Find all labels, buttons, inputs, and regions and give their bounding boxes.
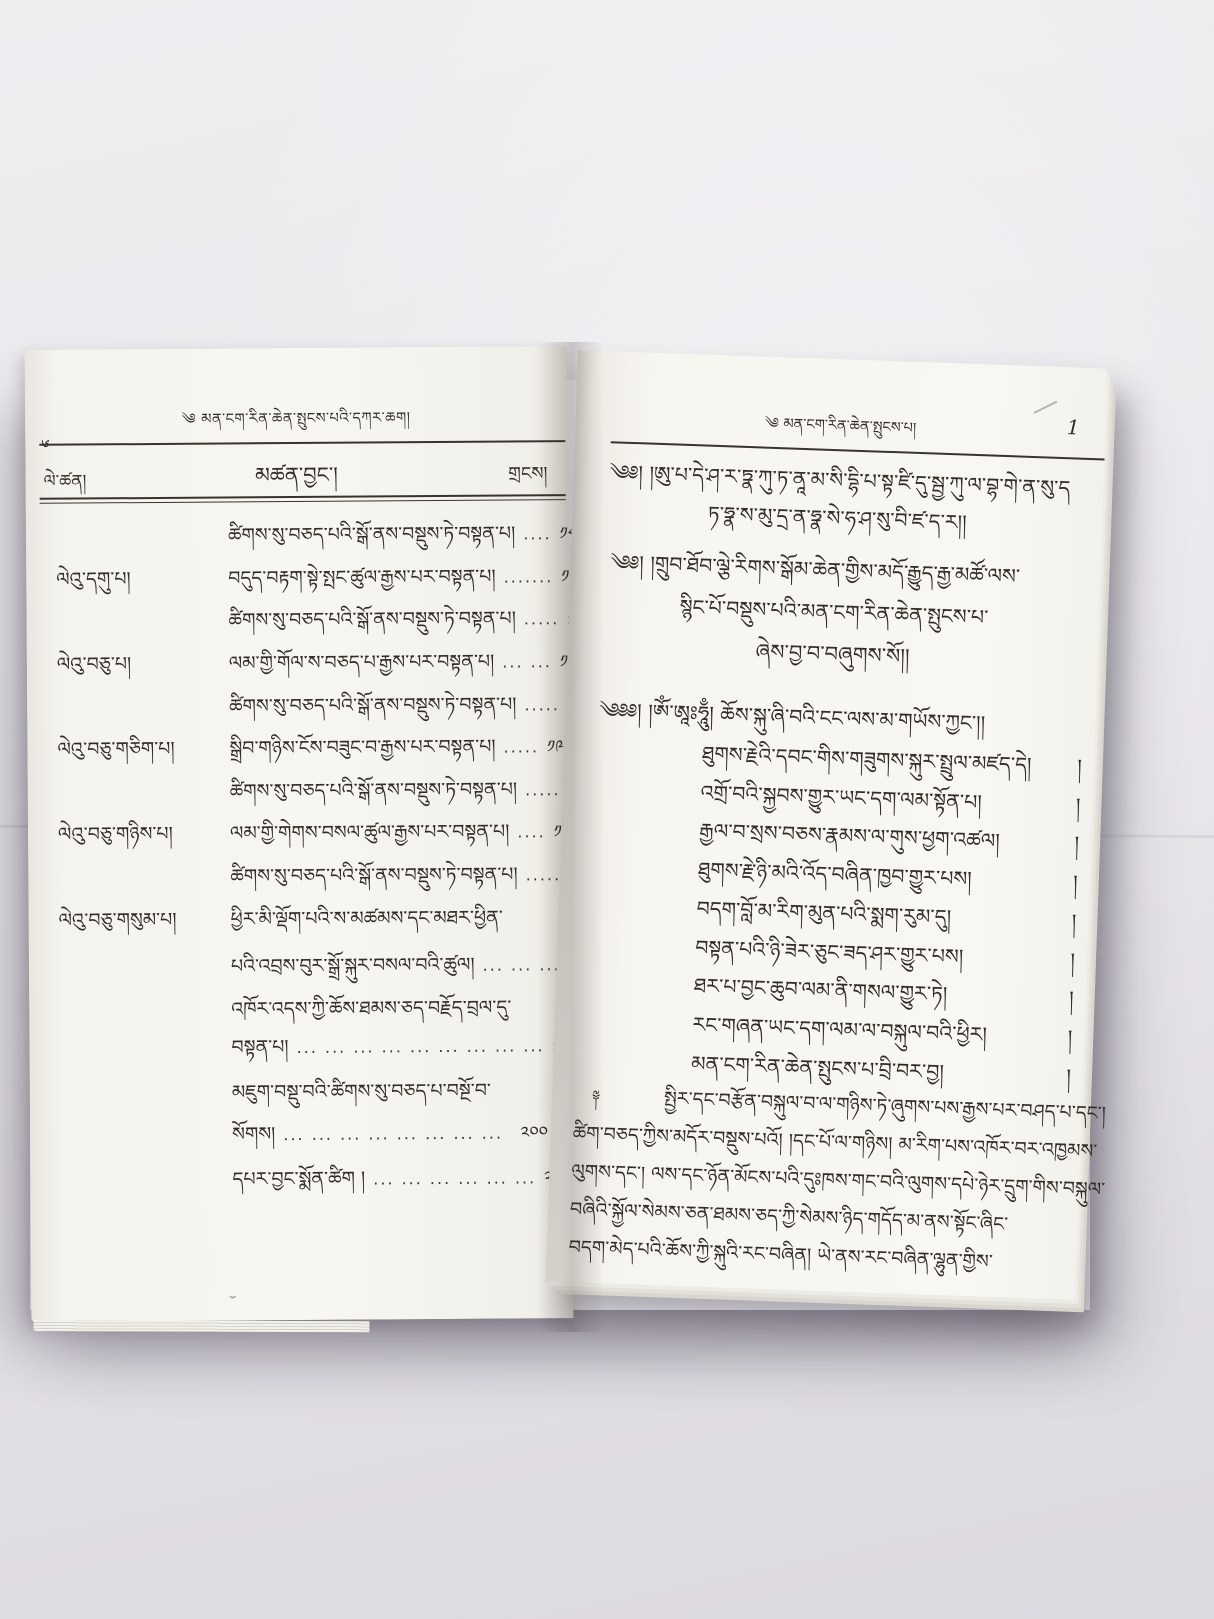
toc-row: སོགས།... ... ... ... ... ... ... ...༢༠༠: [60, 1110, 548, 1149]
toc-row: ལེའུ་བཅུ་གཉིས་པ།ལམ་གྱི་གེགས་བསལ་ཚུལ་རྒྱས…: [58, 809, 546, 848]
toc-chapter-label: [58, 797, 230, 798]
toc-chapter-label: [57, 712, 229, 713]
toc-entry-title: དཔར་བྱང་སྨོན་ཚིག །: [232, 1157, 365, 1212]
toc-chapter-label: [60, 1098, 232, 1099]
toc-row: མཇུག་བསྡུ་བའི་ཚིགས་སུ་བཅད་པ་བསྔོ་བ་: [60, 1068, 548, 1107]
toc-dot-leader: .......: [504, 567, 554, 586]
toc-row: ཚིགས་སུ་བཅད་པའི་སྒོ་ནས་བསྡུས་ཏེ་བསྟན་པ།.…: [57, 682, 545, 721]
prose-text: བདག་མེད་པའི་ཆོས་ཀྱི་སྐུའི་རང་བཞིན། ཡེ་ནས…: [568, 1236, 993, 1273]
toc-list: ཚིགས་སུ་བཅད་པའི་སྒོ་ནས་བསྡུས་ཏེ་བསྟན་པ།.…: [25, 346, 567, 350]
page-speck: [229, 1292, 236, 1298]
homage-verse: ཐུགས་རྗེའི་དབང་གིས་གཟུགས་སྐུར་སྤྲུལ་མཛད་…: [578, 350, 1108, 368]
toc-chapter-label: [56, 541, 228, 542]
toc-chapter-label: [60, 1140, 232, 1141]
toc-row: ལེའུ་བཅུ་གསུམ་པ།ཕྱིར་མི་ལྡོག་པའི་ས་མཚམས་…: [58, 895, 546, 934]
column-header-page: གྲངས།: [508, 454, 548, 504]
toc-chapter-label: [60, 1053, 232, 1054]
left-page: ༦ ༄ མན་ངག་རིན་ཆེན་སྤུངས་པའི་དཀར་ཆག། ལེ་ཚ…: [25, 346, 574, 1322]
toc-row: ལེའུ་བཅུ་གཅིག་པ།སྒྲིབ་གཉིས་ངོས་བཟུང་བ་རྒ…: [57, 724, 545, 763]
toc-dot-leader: ... ... ... ... ... ... ... ...: [283, 1124, 503, 1145]
toc-dot-leader: .....: [524, 695, 560, 714]
toc-chapter-label: [60, 1185, 232, 1186]
paper-scratch-mark: [1033, 401, 1057, 414]
toc-row: ཚིགས་སུ་བཅད་པའི་སྒོ་ནས་བསྡུས་ཏེ་བསྟན་པ།.…: [56, 596, 544, 635]
toc-row: འཁོར་འདས་ཀྱི་ཆོས་ཐམས་ཅད་བརྗོད་བྲལ་དུ་: [59, 985, 547, 1024]
toc-row: ཚིགས་སུ་བཅད་པའི་སྒོ་ནས་བསྡུས་ཏེ་བསྟན་པ།.…: [58, 767, 546, 806]
toc-dot-leader: ... ... ...: [483, 955, 561, 975]
toc-dot-leader: ... ... ... ... ... ...: [373, 1168, 536, 1188]
toc-dot-leader: ....: [517, 822, 545, 841]
right-page: ༄ མན་ངག་རིན་ཆེན་སྤུངས་པ། 1 ༄༅། །ཨུ་པ་དེ་…: [545, 350, 1107, 1300]
book-photo-scene: ༦ ༄ མན་ངག་རིན་ཆེན་སྤུངས་པའི་དཀར་ཆག། ལེ་ཚ…: [0, 0, 1214, 1619]
toc-dot-leader: .....: [504, 737, 540, 756]
toc-row: ལེའུ་བཅུ་པ།ལམ་གྱི་གོལ་ས་བཅད་པ་རྒྱས་པར་བས…: [57, 639, 545, 678]
column-header-title: མཚན་བྱང་།: [25, 450, 567, 513]
prose-section: ༈སྤྱིར་དང་བརྩོན་བསྐུལ་བ་ལ་གཉིས་ཏེ་ཞུགས་པ…: [578, 350, 1108, 368]
toc-row: དཔར་བྱང་སྨོན་ཚིག །... ... ... ... ... ..…: [60, 1155, 548, 1194]
toc-dot-leader: ... ...: [502, 652, 552, 671]
running-head-left: ༄ མན་ངག་རིན་ཆེན་སྤུངས་པའི་དཀར་ཆག།: [25, 400, 567, 445]
toc-row: ལེའུ་དགུ་པ།བདུད་བརྟག་སྟེ་སྤང་ཚུལ་རྒྱས་པར…: [56, 554, 544, 593]
toc-row: བསྟན་པ།... ... ... ... ... ... ... ... .…: [59, 1023, 547, 1062]
toc-chapter-label: [58, 882, 230, 883]
toc-row: པའི་འབྲས་བུར་སྒྲོ་སྐུར་བསལ་བའི་ཚུལ།... .…: [59, 942, 547, 981]
toc-page-number: ༢༠༠: [512, 1113, 548, 1161]
toc-dot-leader: .....: [524, 609, 560, 628]
toc-dot-leader: ... ... ... ... ... ... ... ... ...: [297, 1036, 545, 1057]
toc-chapter-label: [59, 972, 231, 973]
toc-dot-leader: .....: [525, 780, 561, 799]
toc-dot-leader: .....: [526, 865, 562, 884]
toc-column-headers: ལེ་ཚན། མཚན་བྱང་། གྲངས།: [25, 450, 567, 488]
toc-row: ཚིགས་སུ་བཅད་པའི་སྒོ་ནས་བསྡུས་ཏེ་བསྟན་པ།.…: [56, 511, 544, 550]
page-number: 1: [1066, 415, 1080, 439]
toc-chapter-label: [57, 626, 229, 627]
toc-chapter-label: [59, 1015, 231, 1016]
toc-dot-leader: ....: [523, 524, 551, 543]
toc-row: ཚིགས་སུ་བཅད་པའི་སྒོ་ནས་བསྡུས་ཏེ་བསྟན་པ།.…: [58, 852, 546, 891]
